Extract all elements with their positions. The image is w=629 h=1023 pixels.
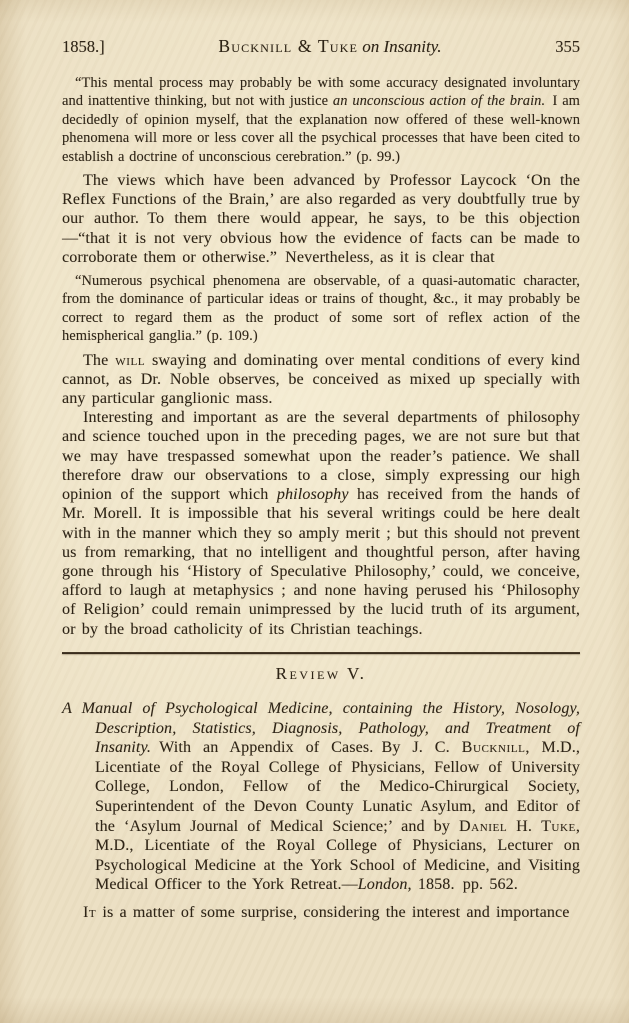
- running-title: Bucknill & Tuke on Insanity.: [218, 36, 441, 57]
- heading-block-6: Review V.: [62, 664, 580, 684]
- running-title-authors: Bucknill & Tuke: [218, 36, 358, 56]
- year-label: 1858.]: [62, 37, 105, 57]
- quote-block-0: “This mental process may probably be wit…: [62, 74, 580, 166]
- body-block-3: The will swaying and dominating over men…: [62, 351, 580, 409]
- running-head: 1858.] Bucknill & Tuke on Insanity. 355: [62, 36, 580, 57]
- running-title-subject: on Insanity.: [362, 37, 441, 56]
- text-column: 1858.] Bucknill & Tuke on Insanity. 355 …: [62, 36, 580, 922]
- biblio-block-7: A Manual of Psychological Medicine, cont…: [62, 699, 580, 895]
- section-divider: [62, 652, 580, 654]
- body-block-8: It is a matter of some surprise, conside…: [62, 903, 580, 922]
- page-number: 355: [555, 37, 580, 57]
- body-block-4: Interesting and important as are the sev…: [62, 408, 580, 638]
- book-page-scan: 1858.] Bucknill & Tuke on Insanity. 355 …: [0, 0, 629, 1023]
- body-block-1: The views which have been advanced by Pr…: [62, 171, 580, 267]
- text-blocks: “This mental process may probably be wit…: [62, 74, 580, 922]
- quote-block-2: “Numerous psychical phenomena are observ…: [62, 272, 580, 346]
